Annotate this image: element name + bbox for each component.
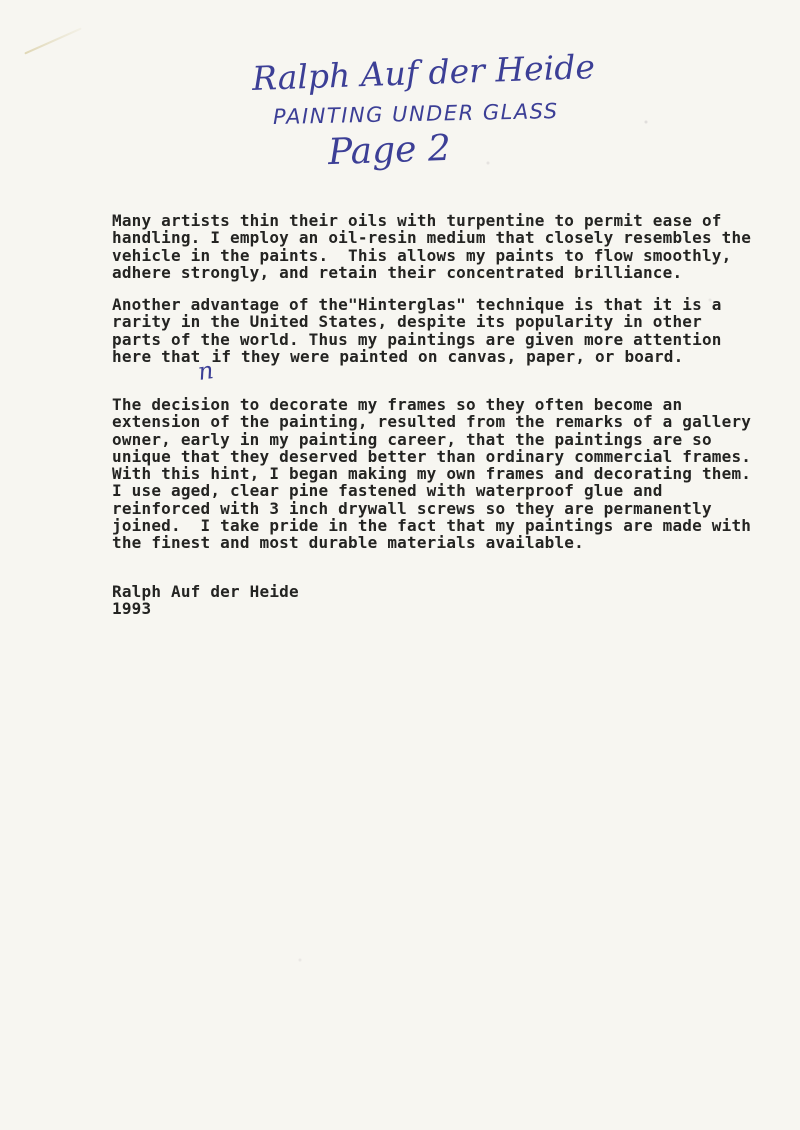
signature-name: Ralph Auf der Heide [112, 583, 299, 600]
handwritten-document-title: PAINTING UNDER GLASS [273, 99, 559, 129]
scanned-letter-page: Ralph Auf der Heide PAINTING UNDER GLASS… [0, 0, 800, 1130]
paragraph-oil-medium: Many artists thin their oils with turpen… [112, 212, 751, 281]
handwritten-correction-letter: n [196, 362, 214, 381]
paragraph-hinterglas-rarity-last-line: here thatnif they were painted on canvas… [112, 348, 683, 365]
handwritten-correction-anchor: n [201, 361, 212, 362]
signature-year: 1993 [112, 600, 151, 617]
handwritten-author-name: Ralph Auf der Heide [251, 47, 595, 98]
typed-text-before-correction: here that [112, 347, 201, 366]
handwritten-page-number: Page 2 [327, 128, 451, 173]
paragraph-frames: The decision to decorate my frames so th… [112, 396, 751, 552]
paragraph-hinterglas-rarity: Another advantage of the"Hinterglas" tec… [112, 296, 722, 348]
typed-text-after-correction: if they were painted on canvas, paper, o… [212, 347, 684, 366]
pen-smudge-mark [24, 27, 81, 54]
